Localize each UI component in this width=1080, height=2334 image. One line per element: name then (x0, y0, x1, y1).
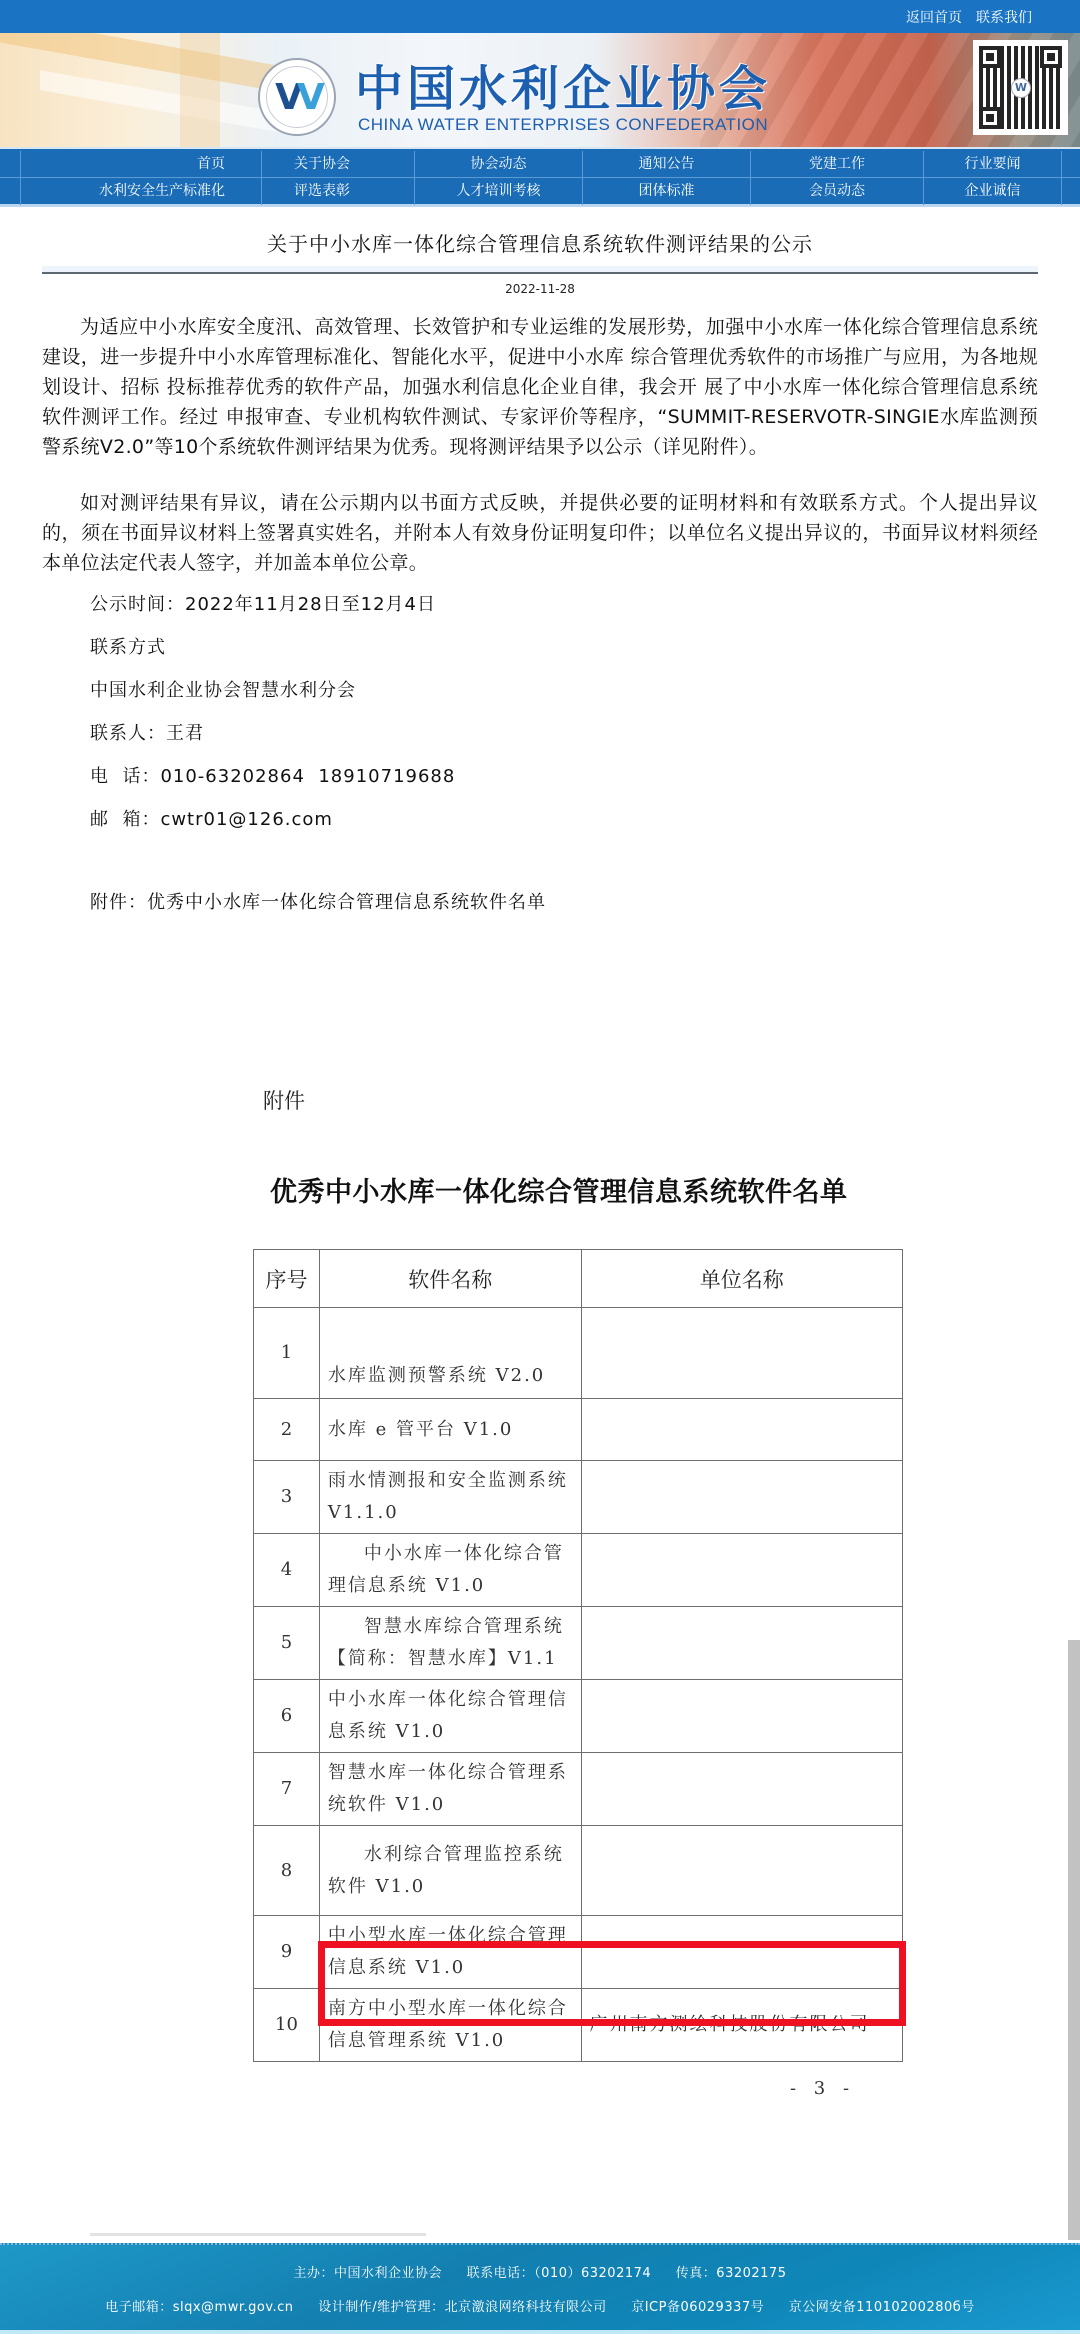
divider (42, 272, 1038, 274)
qr-code-icon: W (973, 40, 1068, 135)
attachment-label: 附件 (263, 1085, 305, 1115)
unit-name (581, 1308, 902, 1399)
software-name: 智慧水库综合管理系统【简称：智慧水库】V1.1 (319, 1607, 581, 1680)
software-name: 雨水情测报和安全监测系统 V1.1.0 (319, 1461, 581, 1534)
article-title: 关于中小水库一体化综合管理信息系统软件测评结果的公示 (0, 228, 1080, 257)
footer-email[interactable]: 电子邮箱：slqx@mwr.gov.cn (105, 2300, 293, 2315)
publicity-period: 公示时间：2022年11月28日至12月4日 (90, 590, 436, 616)
software-name: 中小型水库一体化综合管理信息系统 V1.0 (319, 1916, 581, 1989)
row-number: 4 (254, 1534, 320, 1607)
nav-row-1: 首页 关于协会 协会动态 通知公告 党建工作 行业要闻 (0, 151, 1080, 178)
scrollbar[interactable] (1068, 1640, 1080, 2240)
nav-item-training[interactable]: 人才培训考核 (415, 178, 583, 205)
footer-designer: 设计制作/维护管理：北京激浪网络科技有限公司 (318, 2300, 606, 2315)
table-row: 2 水库 e 管平台 V1.0 (254, 1399, 903, 1461)
row-number: 6 (254, 1680, 320, 1753)
footer-line-1: 主办：中国水利企业协会 联系电话：（010）63202174 传真：632021… (0, 2262, 1080, 2281)
table-row: 5 智慧水库综合管理系统【简称：智慧水库】V1.1 (254, 1607, 903, 1680)
link-home[interactable]: 返回首页 (906, 7, 962, 27)
page-number: - 3 - (790, 2078, 855, 2099)
contact-person: 联系人：王君 (90, 719, 204, 745)
nav-item-party[interactable]: 党建工作 (751, 151, 924, 178)
table-row: 7 智慧水库一体化综合管理系统软件 V1.0 (254, 1753, 903, 1826)
contact-heading: 联系方式 (90, 633, 166, 659)
nav-item-notices[interactable]: 通知公告 (583, 151, 751, 178)
footer-phone: 联系电话：（010）63202174 (467, 2266, 651, 2281)
unit-name (581, 1607, 902, 1680)
main-nav: 首页 关于协会 协会动态 通知公告 党建工作 行业要闻 水利安全生产标准化 评选… (0, 147, 1080, 207)
nav-item-group-standard[interactable]: 团体标准 (583, 178, 751, 205)
unit-name (581, 1399, 902, 1461)
nav-row-2: 水利安全生产标准化 评选表彰 人才培训考核 团体标准 会员动态 企业诚信 (0, 178, 1080, 205)
nav-item-safety-standard[interactable]: 水利安全生产标准化 (20, 178, 262, 205)
table-row: 6 中小水库一体化综合管理信息系统 V1.0 (254, 1680, 903, 1753)
software-name: 水库监测预警系统 V2.0 (319, 1308, 581, 1399)
nav-item-member-news[interactable]: 会员动态 (751, 178, 924, 205)
nav-item-awards[interactable]: 评选表彰 (262, 178, 415, 205)
site-title-en: CHINA WATER ENTERPRISES CONFEDERATION (358, 115, 768, 135)
banner-decoration (180, 33, 220, 147)
nav-item-home[interactable]: 首页 (20, 151, 262, 178)
site-title-cn: 中国水利企业协会 (355, 50, 771, 119)
association-logo-icon[interactable]: VV (258, 58, 336, 136)
site-footer: 主办：中国水利企业协会 联系电话：（010）63202174 传真：632021… (0, 2243, 1080, 2334)
attachment-title: 优秀中小水库一体化综合管理信息系统软件名单 (270, 1170, 848, 1209)
column-header: 单位名称 (581, 1250, 902, 1308)
column-header: 序号 (254, 1250, 320, 1308)
article-paragraph: 如对测评结果有异议，请在公示期内以书面方式反映，并提供必要的证明材料和有效联系方… (42, 488, 1038, 578)
row-number: 9 (254, 1916, 320, 1989)
unit-name (581, 1461, 902, 1534)
row-number: 10 (254, 1989, 320, 2062)
unit-name (581, 1680, 902, 1753)
table-row: 1 水库监测预警系统 V2.0 (254, 1308, 903, 1399)
table-row: 9 中小型水库一体化综合管理信息系统 V1.0 (254, 1916, 903, 1989)
contact-phone: 电 话：010-63202864 18910719688 (90, 762, 455, 788)
link-contact-us[interactable]: 联系我们 (976, 7, 1032, 27)
column-header: 软件名称 (319, 1250, 581, 1308)
unit-name (581, 1826, 902, 1916)
software-name: 水利综合管理监控系统软件 V1.0 (319, 1826, 581, 1916)
software-name: 智慧水库一体化综合管理系统软件 V1.0 (319, 1753, 581, 1826)
software-name: 中小水库一体化综合管理信息系统 V1.0 (319, 1534, 581, 1607)
nav-item-industry[interactable]: 行业要闻 (924, 151, 1062, 178)
attachment-note: 附件：优秀中小水库一体化综合管理信息系统软件名单 (90, 888, 546, 914)
footer-police-record[interactable]: 京公网安备11010200280б号 (789, 2300, 975, 2315)
table-row-highlighted: 10 南方中小型水库一体化综合信息管理系统 V1.0 广州南方测绘科技股份有限公… (254, 1989, 903, 2062)
contact-email: 邮 箱：cwtr01@126.com (90, 805, 333, 831)
row-number: 2 (254, 1399, 320, 1461)
article-paragraph: 为适应中小水库安全度汛、高效管理、长效管护和专业运维的发展形势，加强中小水库一体… (42, 312, 1038, 462)
software-name: 南方中小型水库一体化综合信息管理系统 V1.0 (319, 1989, 581, 2062)
table-row: 3 雨水情测报和安全监测系统 V1.1.0 (254, 1461, 903, 1534)
row-number: 7 (254, 1753, 320, 1826)
table-row: 4 中小水库一体化综合管理信息系统 V1.0 (254, 1534, 903, 1607)
software-name: 水库 e 管平台 V1.0 (319, 1399, 581, 1461)
contact-org: 中国水利企业协会智慧水利分会 (90, 676, 356, 702)
row-number: 3 (254, 1461, 320, 1534)
footer-icp[interactable]: 京ICP备06029337号 (631, 2300, 764, 2315)
footer-fax: 传真：63202175 (676, 2266, 787, 2281)
nav-item-about[interactable]: 关于协会 (262, 151, 415, 178)
unit-name (581, 1753, 902, 1826)
article-date: 2022-11-28 (0, 282, 1080, 296)
software-list-table: 序号 软件名称 单位名称 1 水库监测预警系统 V2.0 2 水库 e 管平台 … (253, 1249, 903, 2062)
software-name: 中小水库一体化综合管理信息系统 V1.0 (319, 1680, 581, 1753)
row-number: 1 (254, 1308, 320, 1399)
top-bar: 返回首页 联系我们 (0, 0, 1080, 33)
unit-name (581, 1916, 902, 1989)
footer-line-2: 电子邮箱：slqx@mwr.gov.cn 设计制作/维护管理：北京激浪网络科技有… (0, 2296, 1080, 2315)
unit-name: 广州南方测绘科技股份有限公司 (581, 1989, 902, 2062)
divider (90, 2233, 426, 2236)
table-row: 8 水利综合管理监控系统软件 V1.0 (254, 1826, 903, 1916)
row-number: 5 (254, 1607, 320, 1680)
nav-item-news[interactable]: 协会动态 (415, 151, 583, 178)
top-links: 返回首页 联系我们 (906, 7, 1032, 27)
nav-item-integrity[interactable]: 企业诚信 (924, 178, 1062, 205)
footer-host: 主办：中国水利企业协会 (294, 2266, 443, 2281)
table-header-row: 序号 软件名称 单位名称 (254, 1250, 903, 1308)
unit-name (581, 1534, 902, 1607)
row-number: 8 (254, 1826, 320, 1916)
